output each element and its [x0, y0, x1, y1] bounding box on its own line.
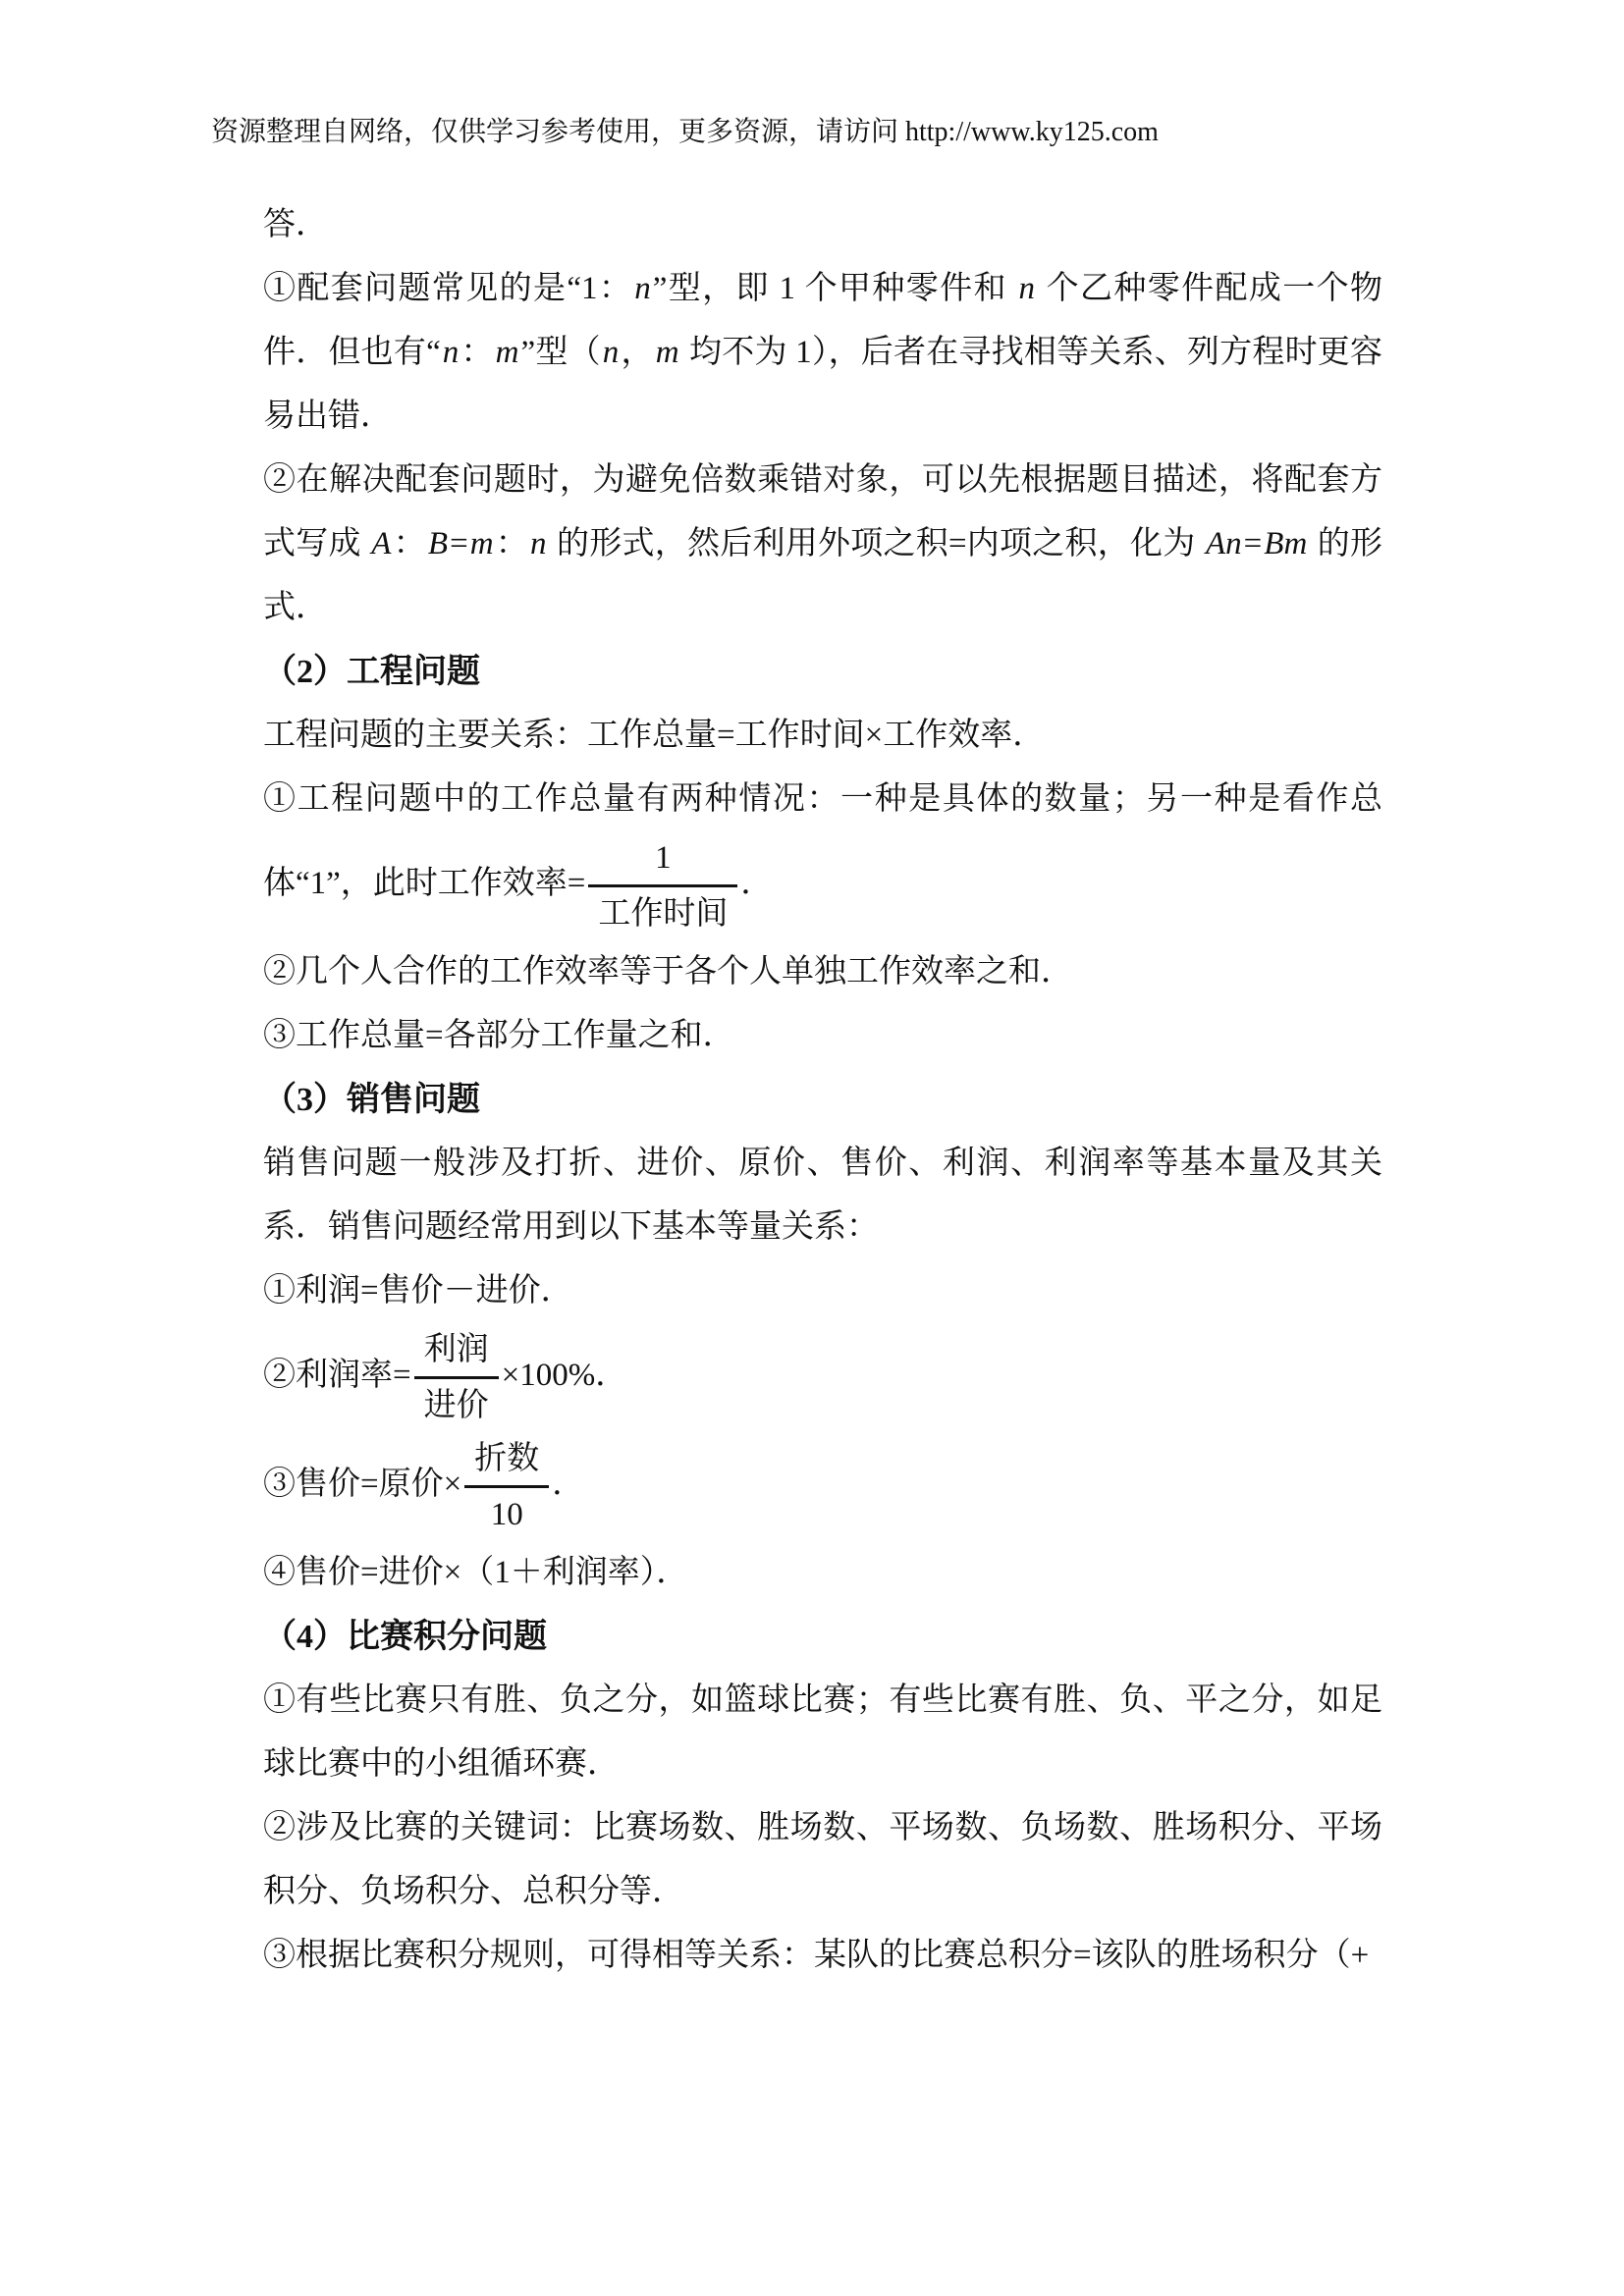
math-variable: m [468, 526, 496, 561]
text-run: ①有些比赛只有胜、负之分，如篮球比赛；有些比赛有胜、负、平之分，如足球比赛中的小… [263, 1682, 1382, 1782]
math-variable: B [426, 526, 450, 561]
document-body: 答．①配套问题常见的是“1：n”型，即 1 个甲种零件和 n 个乙种零件配成一个… [263, 193, 1382, 1988]
header-notice: 资源整理自网络，仅供学习参考使用，更多资源，请访问 http://www.ky1… [211, 114, 1159, 151]
paragraph: ①配套问题常见的是“1：n”型，即 1 个甲种零件和 n 个乙种零件配成一个物件… [263, 257, 1382, 449]
text-run: ： [460, 335, 493, 370]
paragraph: ②几个人合作的工作效率等于各个人单独工作效率之和． [263, 940, 1382, 1004]
fraction-denominator: 10 [464, 1488, 549, 1541]
text-run: ×100%． [502, 1358, 628, 1393]
fraction: 1工作时间 [588, 831, 737, 940]
paragraph: 工程问题的主要关系：工作总量=工作时间×工作效率． [263, 704, 1382, 768]
text-run: ． [740, 866, 773, 901]
section-heading: （3）销售问题 [263, 1068, 1382, 1132]
paragraph: ①利润=售价－进价． [263, 1259, 1382, 1323]
math-variable: n [601, 335, 622, 370]
text-run: ①配套问题常见的是“1： [263, 271, 632, 306]
text-run: ③工作总量=各部分工作量之和． [263, 1018, 735, 1053]
paragraph: ③根据比赛积分规则，可得相等关系：某队的比赛总积分=该队的胜场积分（+ [263, 1924, 1382, 1988]
math-variable: n [1017, 271, 1038, 306]
section-heading: （2）工程问题 [263, 640, 1382, 704]
paragraph: ④售价=进价×（1＋利润率）． [263, 1541, 1382, 1605]
text-run: （2）工程问题 [263, 654, 480, 690]
fraction-denominator: 进价 [414, 1379, 499, 1432]
text-run: 销售问题一般涉及打折、进价、原价、售价、利润、利润率等基本量及其关系．销售问题经… [263, 1146, 1382, 1245]
math-variable: m [654, 335, 681, 370]
math-variable: n [441, 335, 461, 370]
text-run: ③售价=原价× [263, 1467, 461, 1502]
paragraph: ①工程问题中的工作总量有两种情况：一种是具体的数量；另一种是看作总体“1”，此时… [263, 768, 1382, 940]
math-variable: n [632, 271, 653, 306]
text-run: = [1244, 526, 1263, 561]
fraction-numerator: 利润 [414, 1323, 499, 1379]
paragraph: ③工作总量=各部分工作量之和． [263, 1004, 1382, 1068]
text-run: ”型，即 1 个甲种零件和 [653, 271, 1017, 306]
document-page: 资源整理自网络，仅供学习参考使用，更多资源，请访问 http://www.ky1… [0, 0, 1624, 2296]
text-run: （4）比赛积分问题 [263, 1619, 547, 1655]
paragraph: ②利润率=利润进价×100%． [263, 1323, 1382, 1432]
text-run: ， [621, 335, 653, 370]
fraction: 利润进价 [414, 1323, 499, 1432]
section-heading: （4）比赛积分问题 [263, 1605, 1382, 1669]
paragraph: 销售问题一般涉及打折、进价、原价、售价、利润、利润率等基本量及其关系．销售问题经… [263, 1132, 1382, 1259]
paragraph: ③售价=原价×折数10． [263, 1432, 1382, 1541]
paragraph: ②在解决配套问题时，为避免倍数乘错对象，可以先根据题目描述，将配套方式写成 A：… [263, 449, 1382, 640]
text-run: （3）销售问题 [263, 1082, 480, 1118]
text-run: ②利润率= [263, 1358, 411, 1393]
text-run: ． [552, 1467, 584, 1502]
fraction-denominator: 工作时间 [588, 887, 737, 940]
text-run: 工程问题的主要关系：工作总量=工作时间×工作效率． [263, 718, 1045, 753]
text-run: ①工程问题中的工作总量有两种情况：一种是具体的数量；另一种是看作总体“1”，此时… [263, 781, 1382, 901]
paragraph: 答． [263, 193, 1382, 257]
text-run: ： [496, 526, 529, 561]
text-run: ②几个人合作的工作效率等于各个人单独工作效率之和． [263, 954, 1073, 989]
fraction: 折数10 [464, 1432, 549, 1541]
text-run: = [450, 526, 468, 561]
paragraph: ②涉及比赛的关键词：比赛场数、胜场数、平场数、负场数、胜场积分、平场积分、负场积… [263, 1796, 1382, 1924]
math-variable: m [494, 335, 521, 370]
text-run: ”型（ [521, 335, 601, 370]
text-run: ①利润=售价－进价． [263, 1273, 573, 1308]
text-run: ④售价=进价×（1＋利润率）． [263, 1555, 688, 1590]
fraction-numerator: 1 [588, 831, 737, 887]
math-variable: n [528, 526, 549, 561]
text-run: 答． [263, 207, 328, 242]
text-run: ②涉及比赛的关键词：比赛场数、胜场数、平场数、负场数、胜场积分、平场积分、负场积… [263, 1810, 1382, 1909]
math-variable: A [369, 526, 393, 561]
text-run: ： [393, 526, 426, 561]
text-run: ③根据比赛积分规则，可得相等关系：某队的比赛总积分=该队的胜场积分（+ [263, 1938, 1369, 1973]
text-run: 的形式，然后利用外项之积=内项之积，化为 [549, 526, 1204, 561]
paragraph: ①有些比赛只有胜、负之分，如篮球比赛；有些比赛有胜、负、平之分，如足球比赛中的小… [263, 1669, 1382, 1796]
fraction-numerator: 折数 [464, 1432, 549, 1488]
math-variable: An [1204, 526, 1244, 561]
math-variable: Bm [1262, 526, 1309, 561]
